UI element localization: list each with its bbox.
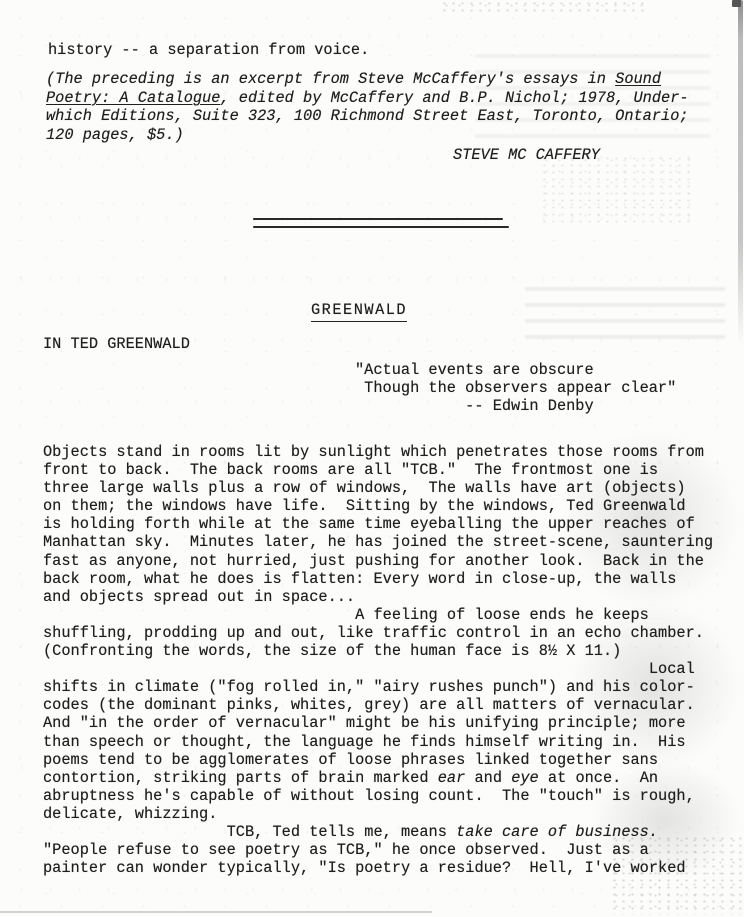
- text-segment: is holding forth while at the same time …: [43, 515, 695, 533]
- body-text: Objects stand in rooms lit by sunlight w…: [43, 443, 713, 877]
- bleed-through-ghost-text: [525, 275, 725, 350]
- text-segment: than speech or thought, the language he …: [43, 733, 686, 751]
- text-line: (The preceding is an excerpt from Steve …: [46, 70, 689, 89]
- text-line: "Actual events are obscure: [355, 361, 676, 379]
- text-segment: and: [465, 769, 511, 787]
- text-line: A feeling of loose ends he keeps: [43, 606, 713, 624]
- text-segment: painter can wonder typically, "Is poetry…: [43, 859, 686, 877]
- text-line: than speech or thought, the language he …: [43, 733, 713, 751]
- text-segment: back room, what he does is flatten: Ever…: [43, 570, 676, 588]
- text-segment: codes (the dominant pinks, whites, grey)…: [43, 696, 695, 714]
- opening-line: history -- a separation from voice.: [48, 41, 369, 59]
- text-line: back room, what he does is flatten: Ever…: [43, 570, 713, 588]
- text-segment: poems tend to be agglomerates of loose p…: [43, 751, 658, 769]
- text-line: painter can wonder typically, "Is poetry…: [43, 859, 713, 877]
- scan-smudge: [540, 155, 690, 225]
- text-line: Though the observers appear clear": [355, 379, 676, 397]
- text-line: Poetry: A Catalogue, edited by McCaffery…: [46, 89, 689, 108]
- epigraph: "Actual events are obscure Though the ob…: [355, 361, 676, 415]
- text-line: on them; the windows have life. Sitting …: [43, 497, 713, 515]
- text-segment: Objects stand in rooms lit by sunlight w…: [43, 443, 704, 461]
- text-segment: "Actual events are obscure: [355, 361, 594, 379]
- text-line: is holding forth while at the same time …: [43, 515, 713, 533]
- text-line: Objects stand in rooms lit by sunlight w…: [43, 443, 713, 461]
- text-line: "People refuse to see poetry as TCB," he…: [43, 841, 713, 859]
- text-line: poems tend to be agglomerates of loose p…: [43, 751, 713, 769]
- text-segment: Though the observers appear clear": [355, 379, 676, 397]
- text-segment: eye: [511, 769, 539, 787]
- text-segment: on them; the windows have life. Sitting …: [43, 497, 686, 515]
- scanned-document-page: history -- a separation from voice. (The…: [0, 0, 744, 917]
- text-segment: which Editions, Suite 323, 100 Richmond …: [46, 107, 689, 125]
- text-line: -- Edwin Denby: [355, 397, 676, 415]
- text-line: Manhattan sky. Minutes later, he has joi…: [43, 533, 713, 551]
- text-line: three large walls plus a row of windows,…: [43, 479, 713, 497]
- text-line: TCB, Ted tells me, means take care of bu…: [43, 823, 713, 841]
- text-segment: take care of business.: [456, 823, 658, 841]
- text-line: which Editions, Suite 323, 100 Richmond …: [46, 107, 689, 126]
- divider-rule-bottom: [253, 226, 509, 228]
- text-segment: front to back. The back rooms are all "T…: [43, 461, 658, 479]
- text-line: abruptness he's capable of without losin…: [43, 787, 713, 805]
- text-segment: Local: [43, 660, 695, 678]
- text-segment: "People refuse to see poetry as TCB," he…: [43, 841, 649, 859]
- text-segment: three large walls plus a row of windows,…: [43, 479, 686, 497]
- excerpt-caption: (The preceding is an excerpt from Steve …: [46, 70, 689, 145]
- text-line: And "in the order of vernacular" might b…: [43, 714, 713, 732]
- text-segment: (Confronting the words, the size of the …: [43, 642, 621, 660]
- scan-smudge: [440, 0, 650, 15]
- text-segment: ear: [438, 769, 466, 787]
- text-segment: and objects spread out in space...: [43, 588, 355, 606]
- text-segment: Poetry: A Catalogue: [46, 89, 220, 107]
- author-byline: STEVE MC CAFFERY: [453, 146, 600, 164]
- section-heading: GREENWALD: [311, 301, 407, 322]
- text-line: front to back. The back rooms are all "T…: [43, 461, 713, 479]
- text-line: shuffling, prodding up and out, like tra…: [43, 624, 713, 642]
- text-segment: shuffling, prodding up and out, like tra…: [43, 624, 704, 642]
- text-segment: 120 pages, $5.): [46, 126, 184, 144]
- text-segment: Sound: [615, 70, 661, 88]
- text-segment: A feeling of loose ends he keeps: [43, 606, 649, 624]
- text-segment: shifts in climate ("fog rolled in," "air…: [43, 678, 695, 696]
- text-line: codes (the dominant pinks, whites, grey)…: [43, 696, 713, 714]
- text-segment: And "in the order of vernacular" might b…: [43, 714, 686, 732]
- article-title: IN TED GREENWALD: [43, 335, 190, 353]
- text-segment: -- Edwin Denby: [355, 397, 594, 415]
- divider-rule-top: [253, 218, 503, 220]
- text-segment: TCB, Ted tells me, means: [43, 823, 456, 841]
- text-line: Local: [43, 660, 713, 678]
- text-segment: fast as anyone, not hurried, just pushin…: [43, 552, 704, 570]
- text-line: shifts in climate ("fog rolled in," "air…: [43, 678, 713, 696]
- text-line: and objects spread out in space...: [43, 588, 713, 606]
- text-segment: abruptness he's capable of without losin…: [43, 787, 695, 805]
- scan-bottom-line: [0, 911, 432, 913]
- text-line: 120 pages, $5.): [46, 126, 689, 145]
- text-segment: Manhattan sky. Minutes later, he has joi…: [43, 533, 713, 551]
- text-line: fast as anyone, not hurried, just pushin…: [43, 552, 713, 570]
- text-segment: (The preceding is an excerpt from Steve …: [46, 70, 615, 88]
- text-segment: contortion, striking parts of brain mark…: [43, 769, 438, 787]
- scan-edge-mark: [732, 0, 741, 7]
- text-segment: delicate, whizzing.: [43, 805, 217, 823]
- scan-edge-shadow: [738, 0, 743, 345]
- text-line: delicate, whizzing.: [43, 805, 713, 823]
- text-segment: at once. An: [539, 769, 658, 787]
- text-line: contortion, striking parts of brain mark…: [43, 769, 713, 787]
- text-line: (Confronting the words, the size of the …: [43, 642, 713, 660]
- text-segment: , edited by McCaffery and B.P. Nichol; 1…: [220, 89, 688, 107]
